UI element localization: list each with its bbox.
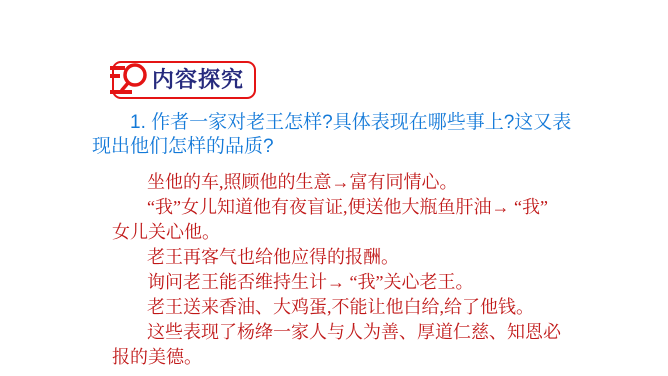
question-line: 现出他们怎样的品质? (92, 135, 594, 159)
section-header-badge: 内容探究 (112, 61, 256, 99)
answer-line: 老王再客气也给他应得的报酬。 (112, 245, 582, 270)
answer-block: 坐他的车,照顾他的生意→富有同情心。 “我”女儿知道他有夜盲证,便送他大瓶鱼肝油… (112, 170, 582, 370)
answer-line: 老王送来香油、大鸡蛋,不能让他白给,给了他钱。 (112, 295, 582, 320)
question-line: 1. 作者一家对老王怎样?具体表现在哪些事上?这又表 (92, 111, 594, 135)
answer-line: 女儿关心他。 (112, 220, 582, 245)
answer-line: 询问老王能否维持生计→ “我”关心老王。 (112, 270, 582, 295)
answer-line: “我”女儿知道他有夜盲证,便送他大瓶鱼肝油→ “我” (112, 195, 582, 220)
section-title: 内容探究 (152, 63, 244, 97)
question-block: 1. 作者一家对老王怎样?具体表现在哪些事上?这又表 现出他们怎样的品质? (92, 111, 594, 159)
slide: 内容探究 1. 作者一家对老王怎样?具体表现在哪些事上?这又表 现出他们怎样的品… (0, 0, 668, 376)
answer-line: 报的美德。 (112, 345, 582, 370)
magnifier-document-icon (108, 58, 152, 102)
answer-line: 坐他的车,照顾他的生意→富有同情心。 (112, 170, 582, 195)
answer-line: 这些表现了杨绛一家人与人为善、厚道仁慈、知恩必 (112, 320, 582, 345)
